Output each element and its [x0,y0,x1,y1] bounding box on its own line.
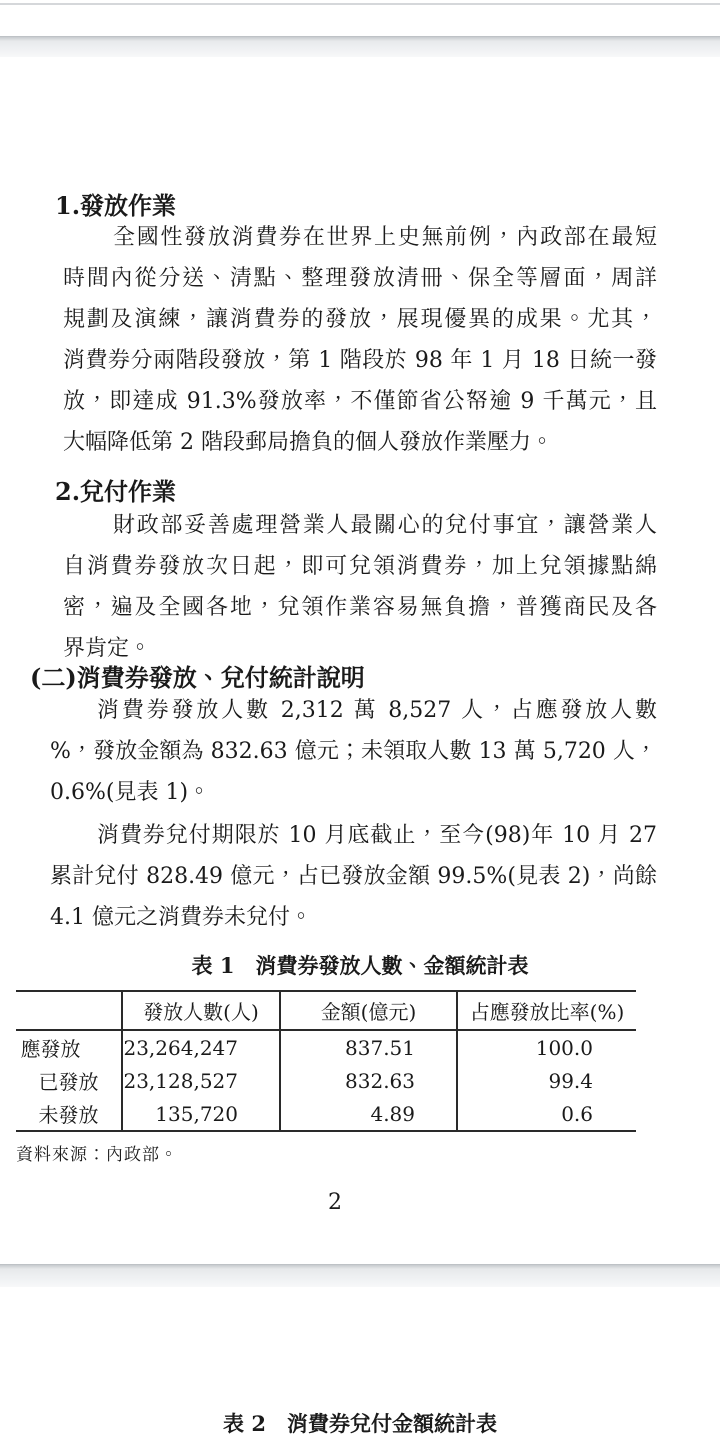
cell-people: 135,720 [122,1097,280,1131]
cell-amount: 837.51 [280,1030,457,1064]
page-separator-top [0,36,720,57]
previous-page-rule [0,3,720,5]
cell-ratio: 99.4 [457,1064,636,1097]
row-label: 已發放 [16,1064,122,1097]
table1-row: 已發放 23,128,527 832.63 99.4 [16,1064,636,1097]
text-line: 大幅降低第 2 階段郵局擔負的個人發放作業壓力。 [63,422,657,463]
cell-people: 23,264,247 [122,1030,280,1064]
table2-title: 表 2 消費券兌付金額統計表 [0,1408,720,1438]
page-number: 2 [0,1190,670,1215]
text-line: %，發放金額為 832.63 億元；未領取人數 13 萬 5,720 人，占 [50,731,657,772]
table1-distribution-stats: 發放人數(人) 金額(億元) 占應發放比率(%) 應發放 23,264,247 … [16,990,636,1132]
table1-row: 未發放 135,720 4.89 0.6 [16,1097,636,1131]
col-header-people: 發放人數(人) [122,991,280,1030]
section-heading-2: 2.兌付作業 [55,476,176,508]
table1-row: 應發放 23,264,247 837.51 100.0 [16,1030,636,1064]
cell-ratio: 100.0 [457,1030,636,1064]
text-line: 財政部妥善處理營業人最關心的兌付事宜，讓營業人 [63,505,657,546]
text-line: 自消費券發放次日起，即可兌領消費券，加上兌領據點綿 [63,546,657,587]
cell-amount: 832.63 [280,1064,457,1097]
cell-people: 23,128,527 [122,1064,280,1097]
col-header-empty [16,991,122,1030]
page-separator-bottom [0,1264,720,1287]
table1-source-note: 資料來源：內政部。 [16,1140,178,1165]
pdf-viewer: { "colors": { "page_bg": "#ffffff", "sep… [0,0,720,1440]
table1-header-row: 發放人數(人) 金額(億元) 占應發放比率(%) [16,991,636,1030]
cell-ratio: 0.6 [457,1097,636,1131]
paragraph-1: 全國性發放消費券在世界上史無前例，內政部在最短 時間內從分送、清點、整理發放清冊… [63,217,657,463]
row-label: 未發放 [16,1097,122,1131]
text-line: 密，遍及全國各地，兌領作業容易無負擔，普獲商民及各 [63,587,657,628]
col-header-amount: 金額(億元) [280,991,457,1030]
cell-amount: 4.89 [280,1097,457,1131]
text-line: 規劃及演練，讓消費券的發放，展現優異的成果。尤其， [63,299,657,340]
table1-title: 表 1 消費券發放人數、金額統計表 [0,950,720,980]
text-line: 4.1 億元之消費券未兌付。 [50,897,657,938]
text-line: 消費券兌付期限於 10 月底截止，至今(98)年 10 月 27 日， [50,815,657,856]
paragraph-2: 財政部妥善處理營業人最關心的兌付事宜，讓營業人 自消費券發放次日起，即可兌領消費… [63,505,657,669]
text-line: 放，即達成 91.3%發放率，不僅節省公帑逾 9 千萬元，且 [63,381,657,422]
text-line: 消費券發放人數 2,312 萬 8,527 人，占應發放人數 99.4 [50,690,657,731]
text-line: 0.6%(見表 1)。 [50,772,657,813]
text-line: 全國性發放消費券在世界上史無前例，內政部在最短 [63,217,657,258]
paragraph-4: 消費券兌付期限於 10 月底截止，至今(98)年 10 月 27 日， 累計兌付… [50,815,657,938]
col-header-ratio: 占應發放比率(%) [457,991,636,1030]
text-line: 累計兌付 828.49 億元，占已發放金額 99.5%(見表 2)，尚餘 [50,856,657,897]
paragraph-3: 消費券發放人數 2,312 萬 8,527 人，占應發放人數 99.4 %，發放… [50,690,657,813]
text-line: 時間內從分送、清點、整理發放清冊、保全等層面，周詳 [63,258,657,299]
row-label: 應發放 [16,1030,122,1064]
text-line: 消費券分兩階段發放，第 1 階段於 98 年 1 月 18 日統一發 [63,340,657,381]
